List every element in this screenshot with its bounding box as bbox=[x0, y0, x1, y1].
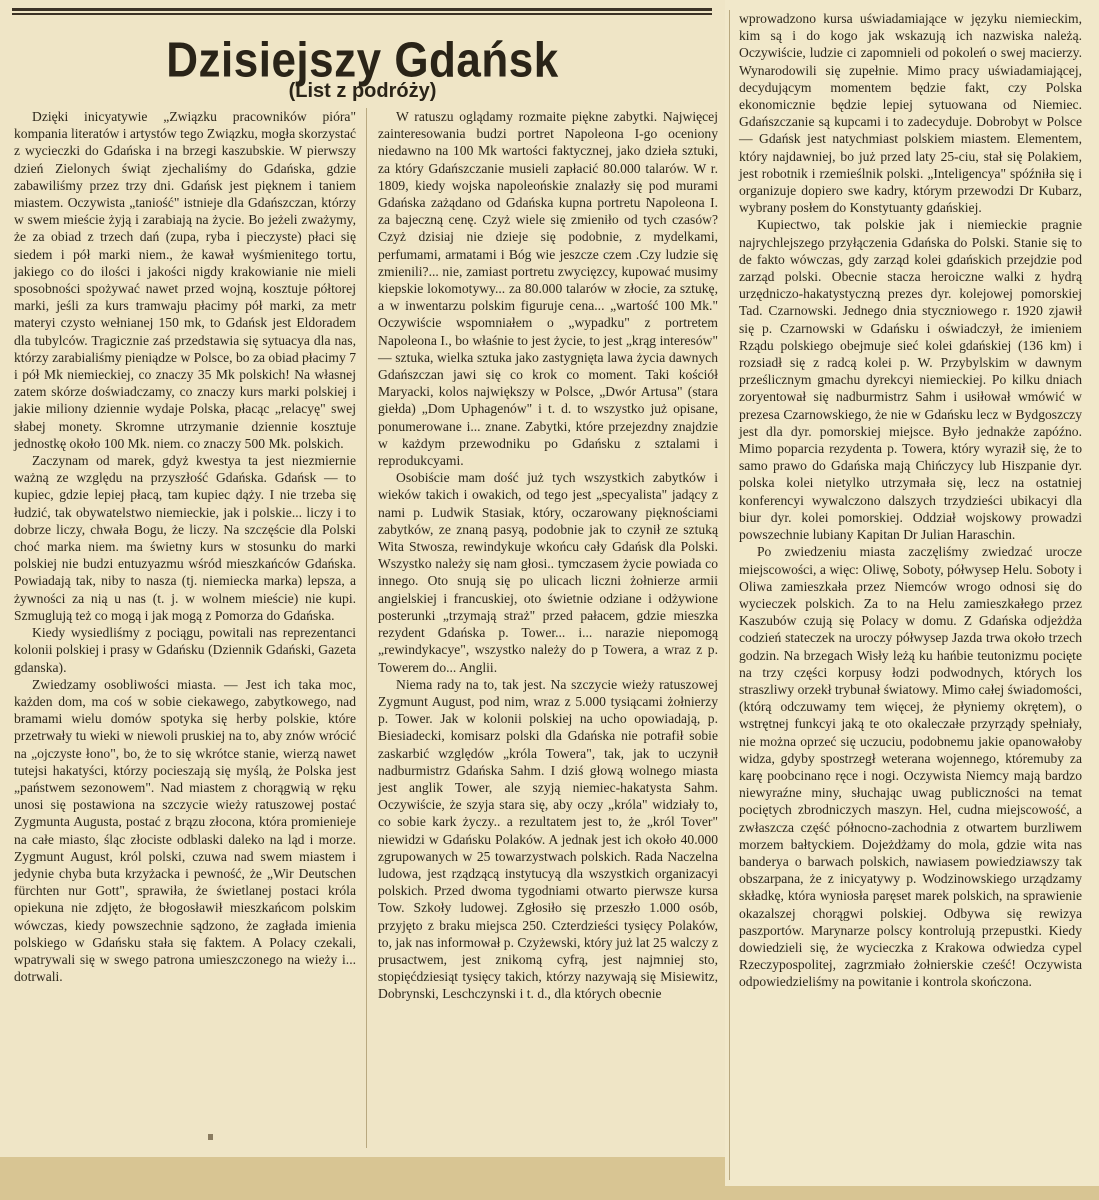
article-column-1: Dzięki inicyatywie „Związku pracowników … bbox=[14, 108, 356, 985]
paragraph: Osobiście mam dość już tych wszystkich z… bbox=[378, 469, 718, 675]
paragraph: Zwiedzamy osobliwości miasta. — Jest ich… bbox=[14, 676, 356, 986]
column-divider bbox=[729, 10, 730, 1180]
column-divider bbox=[366, 108, 367, 1148]
paragraph: Kupiectwo, tak polskie jak i niemieckie … bbox=[739, 216, 1082, 543]
article-end-mark bbox=[208, 1134, 213, 1140]
paragraph: Po zwiedzeniu miasta zaczęliśmy zwiedzać… bbox=[739, 543, 1082, 990]
article-subtitle: (List z podróży) bbox=[0, 80, 725, 103]
background-margin bbox=[0, 1157, 725, 1200]
paragraph: W ratuszu oglądamy rozmaite piękne zabyt… bbox=[378, 108, 718, 469]
paragraph: Niema rady na to, tak jest. Na szczycie … bbox=[378, 676, 718, 1003]
article-column-2: W ratuszu oglądamy rozmaite piękne zabyt… bbox=[378, 108, 718, 1003]
header-rule-bottom bbox=[12, 13, 712, 15]
article-column-3: wprowadzono kursa uświadamiające w język… bbox=[739, 10, 1082, 991]
paragraph: Kiedy wysiedliśmy z pociągu, powitali na… bbox=[14, 624, 356, 676]
paragraph: wprowadzono kursa uświadamiające w język… bbox=[739, 10, 1082, 216]
header-rule-top bbox=[12, 8, 712, 11]
paragraph: Zaczynam od marek, gdyż kwestya ta jest … bbox=[14, 452, 356, 624]
paragraph: Dzięki inicyatywie „Związku pracowników … bbox=[14, 108, 356, 452]
